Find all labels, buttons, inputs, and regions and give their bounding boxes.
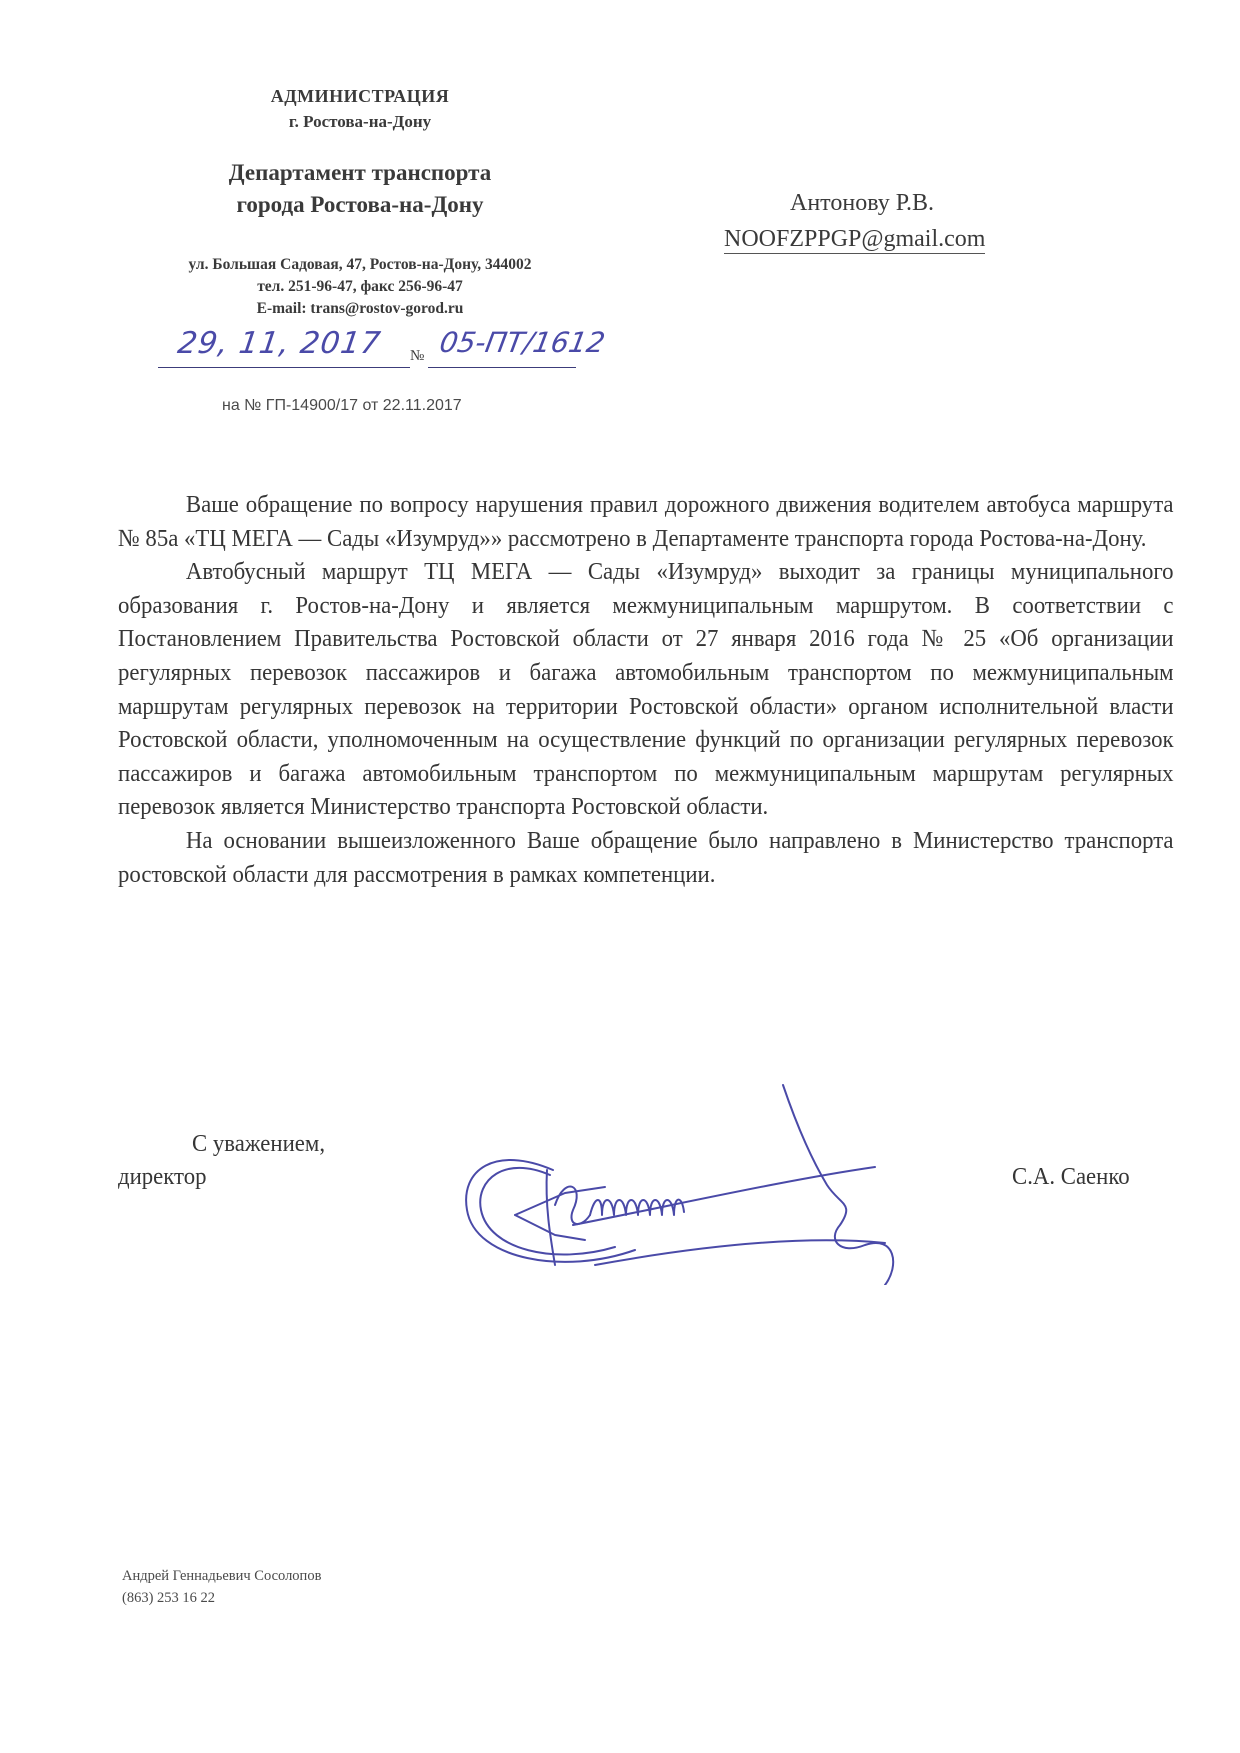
registration-date-handwritten: 29, 11, 2017 <box>176 326 384 361</box>
letterhead-department: Департамент транспорта <box>130 160 590 186</box>
executor-name: Андрей Геннадьевич Сосолопов <box>122 1568 321 1585</box>
signature-icon <box>455 1075 995 1285</box>
registration-reference: на № ГП-14900/17 от 22.11.2017 <box>222 397 462 415</box>
registration-number-underline <box>428 367 576 368</box>
recipient-email: NOOFZPPGP@gmail.com <box>724 225 985 254</box>
letterhead-city: г. Ростова-на-Дону <box>150 112 570 132</box>
body-paragraph: Ваше обращение по вопросу нарушения прав… <box>118 488 1174 555</box>
signer-name: С.А. Саенко <box>1012 1163 1130 1191</box>
letterhead-phone-fax: тел. 251-96-47, факс 256-96-47 <box>130 278 590 296</box>
body-paragraph: На основании вышеизложенного Ваше обраще… <box>118 824 1174 891</box>
letterhead-administration: АДМИНИСТРАЦИЯ <box>150 86 570 107</box>
letterhead-department-city: города Ростова-на-Дону <box>130 192 590 218</box>
letterhead-address: ул. Большая Садовая, 47, Ростов-на-Дону,… <box>130 256 590 274</box>
registration-date-underline <box>158 367 410 368</box>
registration-number-handwritten: 05-ПТ/1612 <box>437 326 607 359</box>
letterhead-email: E-mail: trans@rostov-gorod.ru <box>130 300 590 318</box>
closing-position: директор <box>118 1163 207 1191</box>
closing-regards: С уважением, <box>192 1130 325 1158</box>
registration-number-sign: № <box>410 348 424 365</box>
executor-phone: (863) 253 16 22 <box>122 1590 215 1607</box>
body-paragraph: Автобусный маршрут ТЦ МЕГА — Сады «Изумр… <box>118 555 1174 824</box>
letter-body: Ваше обращение по вопросу нарушения прав… <box>118 488 1174 891</box>
recipient-name: Антонову Р.В. <box>790 190 934 217</box>
